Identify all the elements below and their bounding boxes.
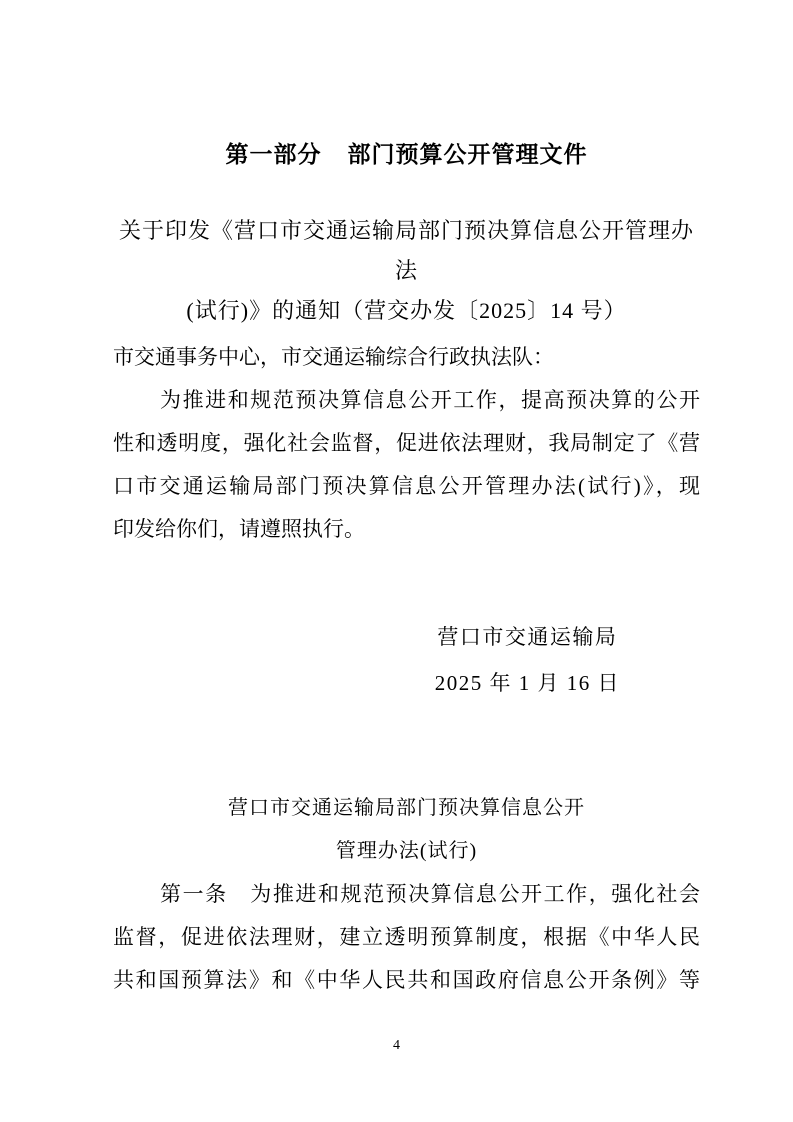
- measures-title-line-2: 管理办法(试行): [113, 830, 700, 873]
- notice-body-line: 口市交通运输局部门预决算信息公开管理办法(试行)》，现: [113, 465, 700, 508]
- notice-body: 市交通事务中心，市交通运输综合行政执法队： 为推进和规范预决算信息公开工作，提高…: [113, 336, 700, 551]
- part-number-label: 第一部分: [226, 141, 322, 167]
- signature-block: 营口市交通运输局 2025 年 1 月 16 日: [435, 614, 620, 706]
- measures-title: 营口市交通运输局部门预决算信息公开 管理办法(试行): [113, 787, 700, 873]
- measures-body: 第一条 为推进和规范预决算信息公开工作，强化社会 监督，促进依法理财，建立透明预…: [113, 873, 700, 1002]
- salutation-line: 市交通事务中心，市交通运输综合行政执法队：: [113, 336, 700, 379]
- measures-body-line: 监督，促进依法理财，建立透明预算制度，根据《中华人民: [113, 916, 700, 959]
- part-title-label: 部门预算公开管理文件: [348, 141, 588, 167]
- notice-body-line: 印发给你们，请遵照执行。: [113, 508, 700, 551]
- page-number: 4: [0, 1036, 793, 1056]
- notice-title: 关于印发《营口市交通运输局部门预决算信息公开管理办法 (试行)》的通知（营交办发…: [113, 211, 700, 331]
- signature-date: 2025 年 1 月 16 日: [435, 660, 620, 706]
- notice-body-line: 性和透明度，强化社会监督，促进依法理财，我局制定了《营: [113, 422, 700, 465]
- signer-name: 营口市交通运输局: [435, 614, 620, 660]
- measures-body-line: 第一条 为推进和规范预决算信息公开工作，强化社会: [113, 873, 700, 916]
- measures-body-line: 共和国预算法》和《中华人民共和国政府信息公开条例》等: [113, 959, 700, 1002]
- measures-title-line-1: 营口市交通运输局部门预决算信息公开: [113, 787, 700, 830]
- notice-title-line-2: (试行)》的通知（营交办发〔2025〕14 号）: [113, 291, 700, 331]
- part-heading: 第一部分部门预算公开管理文件: [113, 141, 700, 169]
- notice-body-line: 为推进和规范预决算信息公开工作，提高预决算的公开: [113, 379, 700, 422]
- notice-title-line-1: 关于印发《营口市交通运输局部门预决算信息公开管理办法: [113, 211, 700, 291]
- document-page: 第一部分部门预算公开管理文件 关于印发《营口市交通运输局部门预决算信息公开管理办…: [0, 0, 793, 1122]
